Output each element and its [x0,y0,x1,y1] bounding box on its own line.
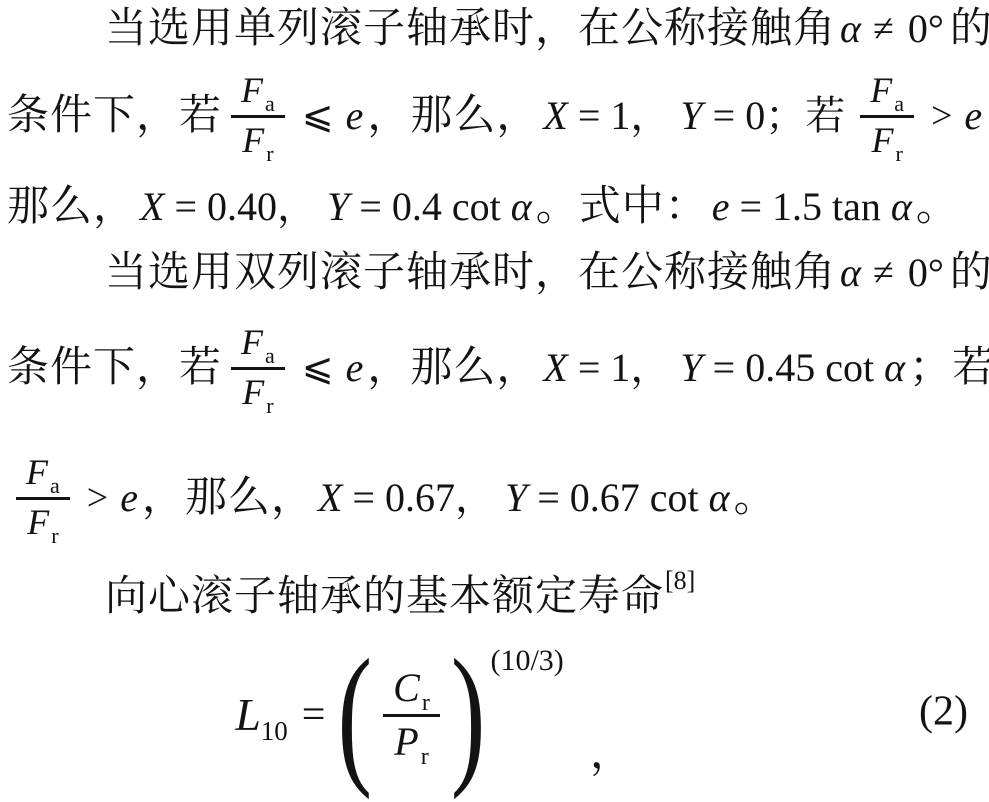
fraction-fa-fr: Fa Fr [231,70,285,162]
fraction-numerator: Fa [860,70,914,118]
cn-text: ，那么， [367,347,539,389]
text-line-5: 条件下，若 Fa Fr ⩽ e ，那么， X = 1， Y = 0.45 cot… [7,306,982,430]
gt-symbol: > [931,97,952,135]
subscript-a: a [265,344,275,367]
math-X: X [543,96,567,136]
math-value: 0° [908,9,944,49]
neq-symbol: ≠ [873,254,894,292]
math-alpha: α [709,478,730,518]
fraction-denominator: Fr [232,118,283,162]
leq-symbol: ⩽ [302,97,334,135]
fraction-numerator: Cr [383,665,440,717]
cn-text: 条件下，若 [7,95,222,137]
math-F: F [871,122,893,160]
math-value: 0° [908,253,944,293]
math-value: = 0.67 cot [537,478,698,518]
math-value: = 0.45 cot [713,348,874,388]
subscript-r: r [421,745,429,770]
math-alpha: α [511,187,532,227]
math-alpha: α [840,9,861,49]
equation-row: L 10 = ( Cr Pr ) (10/3) ， (2) [7,628,982,802]
subscript-a: a [894,92,904,115]
fraction-numerator: Fa [231,322,285,370]
math-e: e [346,348,364,388]
fraction-denominator: Fr [17,500,68,544]
math-value: = 1.5 tan [739,187,880,227]
math-P: P [394,721,418,763]
math-Y: Y [327,187,349,227]
fraction-fa-fr: Fa Fr [860,70,914,162]
math-F: F [242,122,264,160]
math-C: C [393,667,420,709]
cn-text: 那么， [7,186,136,228]
cn-text: ，那么， [367,95,539,137]
text-line-1: 当选用单列滚子轴承时，在公称接触角 α ≠ 0° 的 [7,0,982,58]
text-line-3: 那么， X = 0.40， Y = 0.4 cot α 。式中： e = 1.5… [7,174,982,240]
math-value: = 0.67， [352,478,495,518]
math-X: X [140,187,164,227]
math-F: F [242,374,264,412]
left-paren: ( [337,637,372,793]
equation-number: (2) [919,691,968,733]
math-X: X [543,348,567,388]
paper-page: 当选用单列滚子轴承时，在公称接触角 α ≠ 0° 的 条件下，若 Fa Fr ⩽… [0,0,989,802]
math-alpha: α [891,187,912,227]
fraction-fa-fr: Fa Fr [231,322,285,414]
math-e: e [712,187,730,227]
fraction-cr-pr: Cr Pr [383,665,440,765]
text-line-4: 当选用双列滚子轴承时，在公称接触角 α ≠ 0° 的 [7,240,982,306]
exponent: (10/3) [490,646,563,676]
gt-symbol: > [87,479,108,517]
math-Y: Y [680,96,702,136]
math-Y: Y [680,348,702,388]
fraction-fa-fr: Fa Fr [16,452,70,544]
math-X: X [318,478,342,518]
math-value: = 0.4 cot [359,187,500,227]
cn-text: 的 [950,252,989,294]
math-F: F [241,72,263,110]
right-paren: ) [451,637,486,793]
math-alpha: α [840,253,861,293]
cn-text: 向心滚子轴承的基本额定寿命 [105,576,664,618]
math-value: = 1， [578,96,671,136]
math-value: = 0；若 [713,96,846,136]
cn-text: 条件下，若 [7,347,222,389]
cn-text: ；若 [909,347,989,389]
fraction-numerator: Fa [231,70,285,118]
math-alpha: α [884,348,905,388]
leq-symbol: ⩽ [302,349,334,387]
math-F: F [241,324,263,362]
text-line-2: 条件下，若 Fa Fr ⩽ e ，那么， X = 1， Y = 0；若 Fa F… [7,58,982,174]
cn-punct: 。 [734,477,777,519]
subscript-10: 10 [261,718,288,745]
math-Y: Y [505,478,527,518]
math-L: L [235,692,261,738]
citation-superscript: [8] [665,568,695,594]
subscript-a: a [265,92,275,115]
cn-punct: 。 [916,186,959,228]
subscript-r: r [51,524,58,547]
subscript-r: r [266,142,273,165]
math-F: F [26,454,48,492]
cn-text: 当选用双列滚子轴承时，在公称接触角 [105,252,836,294]
formula-comma: ， [590,731,634,775]
fraction-numerator: Fa [16,452,70,500]
text-line-6: Fa Fr > e ，那么， X = 0.67， Y = 0.67 cot α … [7,430,982,566]
subscript-r: r [266,394,273,417]
math-e: e [346,96,364,136]
neq-symbol: ≠ [873,10,894,48]
subscript-a: a [50,474,60,497]
fraction-denominator: Fr [232,370,283,414]
fraction-denominator: Fr [861,118,912,162]
math-value: = 1， [578,348,671,388]
subscript-r: r [422,691,430,716]
cn-text: 。式中： [536,186,708,228]
cn-text: ，那么， [142,477,314,519]
subscript-r: r [895,142,902,165]
math-e: e [120,478,138,518]
equation-2-formula: L 10 = ( Cr Pr ) (10/3) ， [235,663,634,767]
equals-sign: = [302,694,326,736]
cn-text: 的 [950,8,989,50]
math-e: e [964,96,982,136]
math-F: F [870,72,892,110]
math-F: F [27,504,49,542]
math-value: = 0.40， [174,187,317,227]
fraction-denominator: Pr [384,717,438,765]
text-line-7: 向心滚子轴承的基本额定寿命 [8] [7,566,982,628]
cn-text: 当选用单列滚子轴承时，在公称接触角 [105,8,836,50]
